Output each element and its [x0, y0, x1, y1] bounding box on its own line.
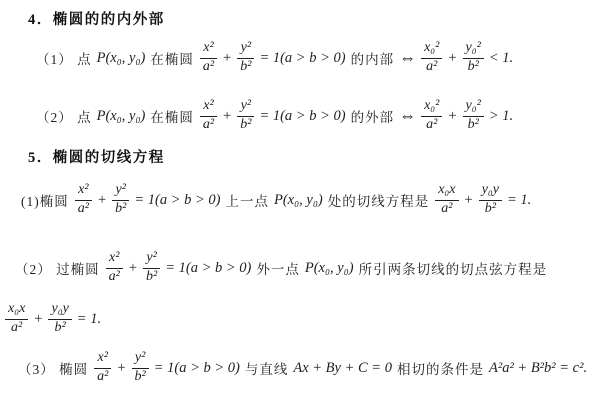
math-segment: = 1(a > b > 0)	[154, 360, 240, 377]
fraction: y² b²	[112, 183, 129, 216]
fraction: y₀y b²	[48, 302, 71, 335]
fraction: x₀x a²	[435, 183, 458, 216]
fraction: x² a²	[200, 99, 217, 132]
fraction-numerator: y₀²	[463, 41, 484, 59]
math-segment: Ax + By + C = 0	[293, 360, 392, 377]
plus-operator: +	[448, 108, 456, 125]
math-segment: = 1(a > b > 0)	[165, 260, 251, 277]
fraction-denominator: a²	[421, 59, 442, 75]
fraction-denominator: b²	[479, 201, 502, 217]
fraction-numerator: x₀x	[435, 183, 458, 201]
plus-operator: +	[223, 108, 231, 125]
text-segment: 上一点	[225, 190, 269, 210]
math-segment: = 1.	[77, 311, 101, 328]
plus-operator: +	[465, 192, 473, 209]
fraction-denominator: a²	[106, 269, 123, 285]
fraction-numerator: y₀y	[48, 302, 71, 320]
plus-operator: +	[129, 260, 137, 277]
fraction-denominator: b²	[237, 117, 254, 133]
text-segment: 与直线	[245, 358, 289, 378]
plus-operator: +	[34, 311, 42, 328]
fraction: y² b²	[132, 351, 149, 384]
fraction: x₀² a²	[421, 41, 442, 74]
text-segment: （2） 点	[36, 106, 92, 126]
fraction-denominator: a²	[200, 117, 217, 133]
fraction: y₀² b²	[463, 41, 484, 74]
fraction-numerator: x²	[106, 251, 123, 269]
fraction: y₀y b²	[479, 183, 502, 216]
text-segment: 的外部	[351, 106, 395, 126]
fraction: x₀² a²	[421, 99, 442, 132]
sec5-item-3: （3） 椭圆 x² a² + y² b² = 1(a > b > 0) 与直线 …	[15, 344, 589, 392]
iff-arrow-icon: ⇔	[399, 106, 416, 126]
math-segment: P(x₀, y₀)	[97, 50, 146, 67]
fraction-numerator: x₀²	[421, 41, 442, 59]
text-segment: 在椭圆	[150, 48, 194, 68]
fraction-numerator: y²	[112, 183, 129, 201]
fraction-denominator: b²	[112, 201, 129, 217]
fraction-numerator: y²	[237, 41, 254, 59]
text-segment: 相切的条件是	[397, 358, 484, 378]
fraction-numerator: x²	[200, 41, 217, 59]
text-segment: 外一点	[256, 258, 300, 278]
sec4-item-2: （2） 点 P(x₀, y₀) 在椭圆 x² a² + y² b² = 1(a …	[33, 92, 515, 140]
plus-operator: +	[448, 50, 456, 67]
plus-operator: +	[98, 192, 106, 209]
fraction-denominator: b²	[237, 59, 254, 75]
text-segment: （3） 椭圆	[18, 358, 88, 378]
fraction-denominator: a²	[75, 201, 92, 217]
sec4-title: 4．椭圆的的内外部	[28, 8, 165, 29]
fraction-denominator: a²	[200, 59, 217, 75]
fraction-numerator: y²	[143, 251, 160, 269]
text-segment: （1） 点	[36, 48, 92, 68]
fraction: x² a²	[106, 251, 123, 284]
fraction: x² a²	[200, 41, 217, 74]
fraction-numerator: y₀²	[463, 99, 484, 117]
fraction: y² b²	[237, 99, 254, 132]
math-segment: = 1(a > b > 0)	[259, 108, 345, 125]
text-segment: 所引两条切线的切点弦方程是	[359, 258, 548, 278]
math-segment: P(x₀, y₀)	[97, 108, 146, 125]
fraction: x² a²	[75, 183, 92, 216]
sec5-item-2-continued: x₀x a² + y₀y b² = 1.	[2, 295, 103, 343]
text-segment: (1)椭圆	[21, 190, 69, 210]
fraction-denominator: b²	[48, 320, 71, 336]
fraction: y² b²	[143, 251, 160, 284]
sec5-item-2: （2） 过椭圆 x² a² + y² b² = 1(a > b > 0) 外一点…	[12, 244, 550, 292]
fraction-denominator: b²	[132, 369, 149, 385]
fraction: y₀² b²	[463, 99, 484, 132]
plus-operator: +	[117, 360, 125, 377]
plus-operator: +	[223, 50, 231, 67]
fraction-numerator: y₀y	[479, 183, 502, 201]
text-segment: 的内部	[351, 48, 395, 68]
math-segment: = 1(a > b > 0)	[134, 192, 220, 209]
fraction-numerator: x²	[200, 99, 217, 117]
document-page: 4．椭圆的的内外部 （1） 点 P(x₀, y₀) 在椭圆 x² a² + y²…	[0, 0, 600, 405]
math-segment: = 1(a > b > 0)	[259, 50, 345, 67]
math-segment: < 1.	[489, 50, 513, 67]
text-segment: （2） 过椭圆	[15, 258, 100, 278]
text-segment: 在椭圆	[150, 106, 194, 126]
fraction: x₀x a²	[5, 302, 28, 335]
fraction-numerator: y²	[237, 99, 254, 117]
sec4-item-1: （1） 点 P(x₀, y₀) 在椭圆 x² a² + y² b² = 1(a …	[33, 34, 515, 82]
math-segment: P(x₀, y₀)	[274, 192, 323, 209]
fraction-denominator: a²	[435, 201, 458, 217]
sec5-title: 5．椭圆的切线方程	[28, 146, 165, 167]
fraction-numerator: x²	[94, 351, 111, 369]
text-segment: 处的切线方程是	[328, 190, 430, 210]
iff-arrow-icon: ⇔	[399, 48, 416, 68]
fraction-numerator: x₀²	[421, 99, 442, 117]
fraction-numerator: y²	[132, 351, 149, 369]
fraction-denominator: b²	[463, 59, 484, 75]
fraction-denominator: a²	[94, 369, 111, 385]
fraction-numerator: x₀x	[5, 302, 28, 320]
fraction-numerator: x²	[75, 183, 92, 201]
fraction-denominator: a²	[5, 320, 28, 336]
sec5-item-1: (1)椭圆 x² a² + y² b² = 1(a > b > 0) 上一点 P…	[18, 176, 533, 224]
fraction-denominator: b²	[143, 269, 160, 285]
math-segment: P(x₀, y₀)	[305, 260, 354, 277]
fraction-denominator: b²	[463, 117, 484, 133]
math-segment: = 1.	[507, 192, 531, 209]
math-segment: > 1.	[489, 108, 513, 125]
fraction: y² b²	[237, 41, 254, 74]
fraction-denominator: a²	[421, 117, 442, 133]
fraction: x² a²	[94, 351, 111, 384]
math-segment: A²a² + B²b² = c².	[489, 360, 587, 377]
